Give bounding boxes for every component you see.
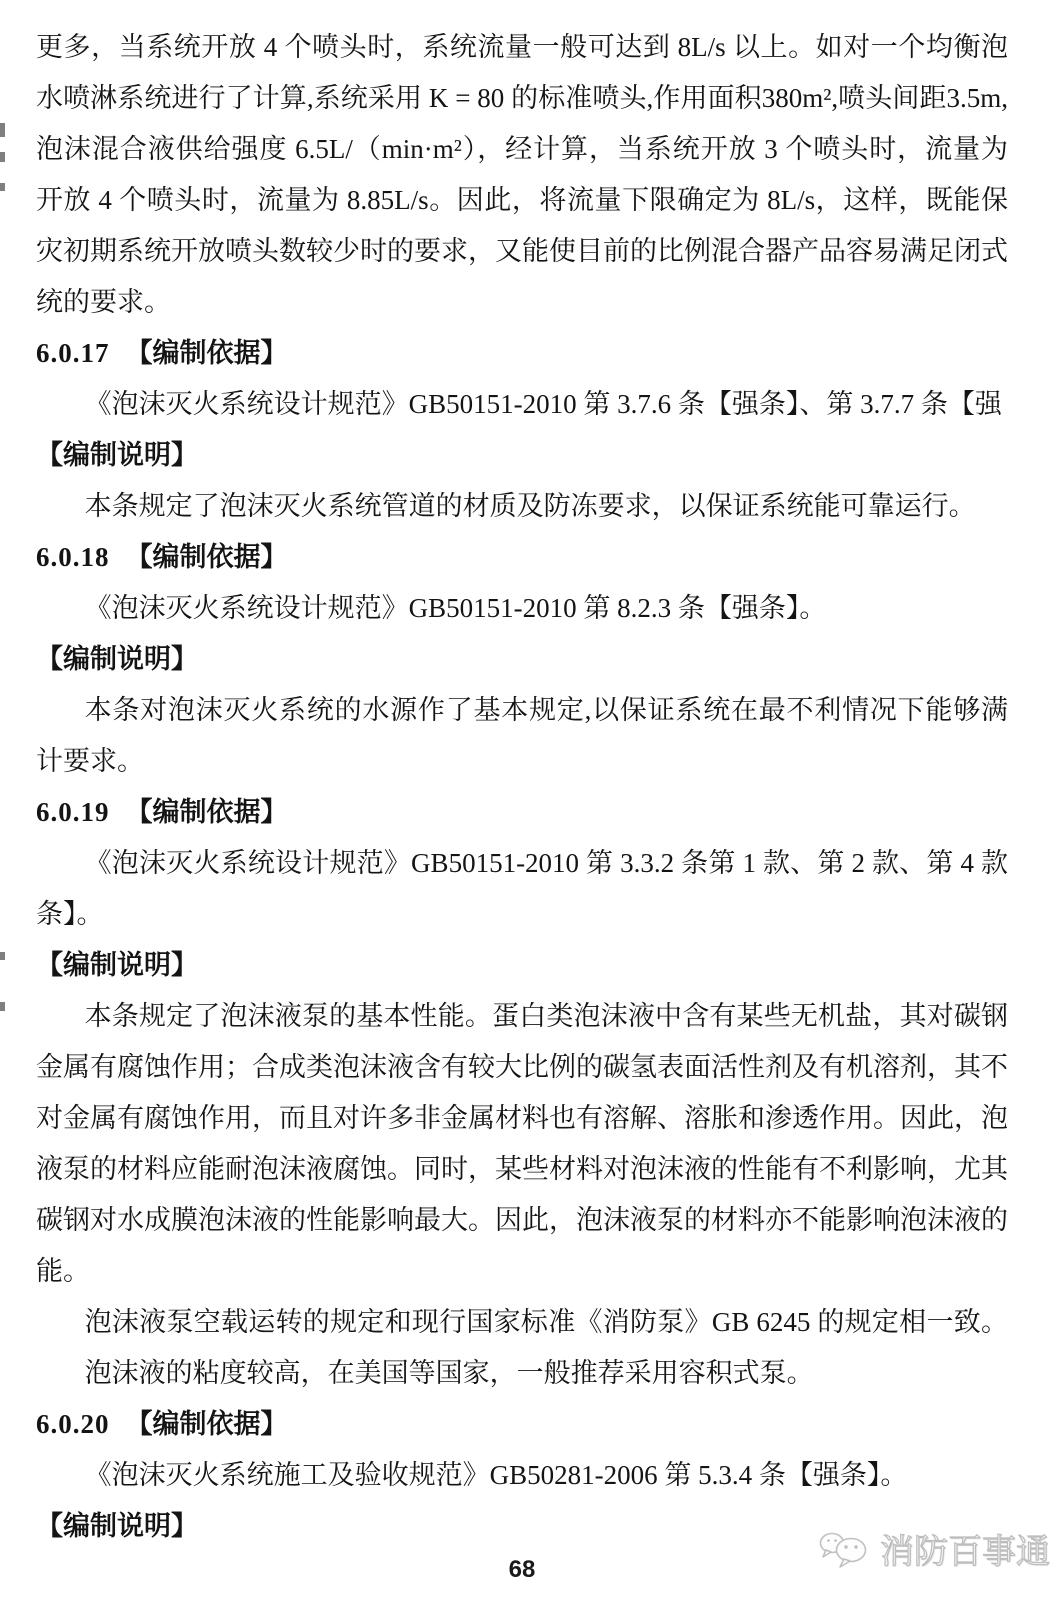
text-line: 灾初期系统开放喷头数较少时的要求，又能使目前的比例混合器产品容易满足闭式系 xyxy=(36,226,1008,277)
text-line: 对金属有腐蚀作用，而且对许多非金属材料也有溶解、溶胀和渗透作用。因此，泡沫 xyxy=(36,1093,1008,1144)
text-line: 本条对泡沫灭火系统的水源作了基本规定,以保证系统在最不利情况下能够满足设 xyxy=(36,685,1008,736)
subheading-label: 【编制说明】 xyxy=(36,440,198,470)
heading-label: 【编制依据】 xyxy=(126,542,288,572)
text-line: 本条规定了泡沫灭火系统管道的材质及防冻要求，以保证系统能可靠运行。 xyxy=(36,481,1008,532)
subheading-label: 【编制说明】 xyxy=(36,644,198,674)
text-line: 碳钢对水成膜泡沫液的性能影响最大。因此，泡沫液泵的材料亦不能影响泡沫液的性 xyxy=(36,1195,1008,1246)
subsection-heading: 【编制说明】 xyxy=(36,940,1008,991)
scan-artifact xyxy=(0,183,5,191)
heading-label: 【编制依据】 xyxy=(126,797,288,827)
section-heading: 6.0.19【编制依据】 xyxy=(36,787,1008,838)
text-line: 《泡沫灭火系统施工及验收规范》GB50281-2006 第 5.3.4 条【强条… xyxy=(36,1450,1008,1501)
section-number: 6.0.17 xyxy=(36,338,110,368)
section-number: 6.0.18 xyxy=(36,542,110,572)
section-heading: 6.0.20【编制依据】 xyxy=(36,1399,1008,1450)
text-line: 能。 xyxy=(36,1246,1008,1297)
section-heading: 6.0.17【编制依据】 xyxy=(36,328,1008,379)
section-heading: 6.0.18【编制依据】 xyxy=(36,532,1008,583)
subsection-heading: 【编制说明】 xyxy=(36,634,1008,685)
text-line: 泡沫液的粘度较高，在美国等国家，一般推荐采用容积式泵。 xyxy=(36,1348,1008,1399)
text-line: 《泡沫灭火系统设计规范》GB50151-2010 第 8.2.3 条【强条】。 xyxy=(36,583,1008,634)
text-line: 泡沫混合液供给强度 6.5L/（min·m²），经计算，当系统开放 3 个喷头时… xyxy=(36,124,1008,175)
heading-label: 【编制依据】 xyxy=(126,1409,288,1439)
subheading-label: 【编制说明】 xyxy=(36,950,198,980)
document-body: 更多，当系统开放 4 个喷头时，系统流量一般可达到 8L/s 以上。如对一个均衡… xyxy=(36,22,1008,1552)
text-line: 《泡沫灭火系统设计规范》GB50151-2010 第 3.7.6 条【强条】、第… xyxy=(36,379,1008,430)
section-number: 6.0.20 xyxy=(36,1409,110,1439)
section-number: 6.0.19 xyxy=(36,797,110,827)
document-page: 更多，当系统开放 4 个喷头时，系统流量一般可达到 8L/s 以上。如对一个均衡… xyxy=(0,0,1058,1600)
text-line: 条】。 xyxy=(36,889,1008,940)
text-line: 泡沫液泵空载运转的规定和现行国家标准《消防泵》GB 6245 的规定相一致。因 xyxy=(36,1297,1008,1348)
subheading-label: 【编制说明】 xyxy=(36,1511,198,1541)
text-line: 统的要求。 xyxy=(36,277,1008,328)
scan-artifact xyxy=(0,152,5,162)
text-line: 金属有腐蚀作用；合成类泡沫液含有较大比例的碳氢表面活性剂及有机溶剂，其不但 xyxy=(36,1042,1008,1093)
text-line: 《泡沫灭火系统设计规范》GB50151-2010 第 3.3.2 条第 1 款、… xyxy=(36,838,1008,889)
subsection-heading: 【编制说明】 xyxy=(36,430,1008,481)
text-line: 水喷淋系统进行了计算,系统采用 K = 80 的标准喷头,作用面积380m²,喷… xyxy=(36,73,1008,124)
text-line: 计要求。 xyxy=(36,736,1008,787)
text-line: 液泵的材料应能耐泡沫液腐蚀。同时，某些材料对泡沫液的性能有不利影响，尤其是 xyxy=(36,1144,1008,1195)
scan-artifact xyxy=(0,1002,5,1011)
heading-label: 【编制依据】 xyxy=(126,338,288,368)
page-number: 68 xyxy=(36,1556,1008,1584)
scan-artifact xyxy=(0,952,5,960)
text-line: 开放 4 个喷头时，流量为 8.85L/s。因此，将流量下限确定为 8L/s，这… xyxy=(36,175,1008,226)
text-line: 更多，当系统开放 4 个喷头时，系统流量一般可达到 8L/s 以上。如对一个均衡… xyxy=(36,22,1008,73)
text-line: 本条规定了泡沫液泵的基本性能。蛋白类泡沫液中含有某些无机盐，其对碳钢等 xyxy=(36,991,1008,1042)
scan-artifact xyxy=(0,123,5,137)
